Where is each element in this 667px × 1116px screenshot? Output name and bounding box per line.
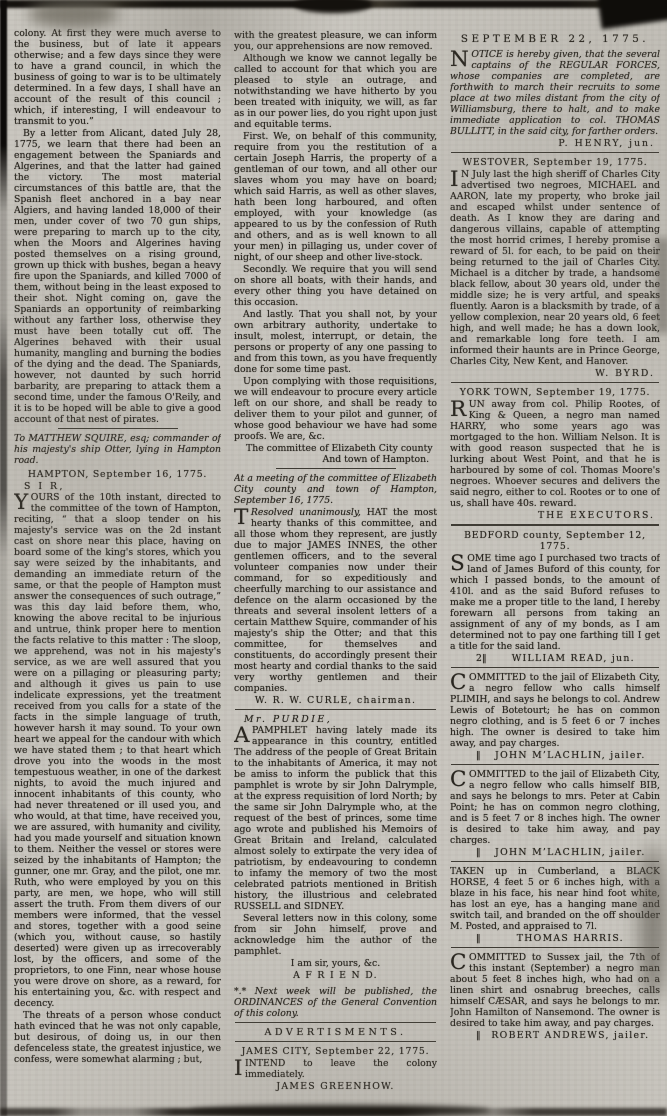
- text-run: SEPTEMBER 22, 1775.: [461, 33, 649, 45]
- text-run: OMMITTED to Sussex jail, the 7th of this…: [450, 952, 660, 1029]
- closing-line: I am sir, yours, &c.: [234, 958, 437, 969]
- signature: ‖JOHN M’LACHLIN, jailer.: [450, 750, 660, 761]
- separator-rule: [276, 468, 396, 469]
- separator-rule: [451, 947, 659, 948]
- article-paragraph: colony. At first they were much averse t…: [14, 28, 221, 127]
- article-paragraph: NOTICE is hereby given, that the several…: [450, 49, 660, 137]
- article-heading: At a meeting of the committee of Elizabe…: [234, 473, 437, 506]
- text-run: OMMITTED to the jail of Elizabeth City, …: [450, 769, 660, 846]
- text-run: At a meeting of the committee of Elizabe…: [234, 473, 437, 506]
- text-run: HAMPTON, September 16, 1775.: [28, 469, 207, 480]
- dateline: WESTOVER, September 19, 1775.: [450, 157, 660, 168]
- text-run: BEDFORD county, September 12, 1775.: [464, 530, 646, 552]
- text-run: Several letters now in this colony, some…: [234, 913, 437, 957]
- article-paragraph: Upon complying with those requisitions, …: [234, 376, 437, 442]
- text-run: JAMES GREENHOW.: [276, 1081, 394, 1092]
- drop-cap: S: [450, 555, 465, 572]
- article-paragraph: SOME time ago I purchased two tracts of …: [450, 553, 660, 652]
- text-run: Secondly. We require that you will send …: [234, 264, 437, 308]
- article-paragraph: RUN away from col. Philip Rootes, of Kin…: [450, 399, 660, 509]
- signature: JAMES GREENHOW.: [234, 1081, 437, 1092]
- separator-rule: [235, 1041, 436, 1042]
- issue-date: SEPTEMBER 22, 1775.: [450, 34, 660, 45]
- text-run: *.* Next week will be published, the ORD…: [234, 986, 437, 1019]
- text-run: Although we know we cannot legally be ca…: [234, 53, 437, 130]
- signature: ‖THOMAS HARRIS.: [450, 933, 660, 944]
- attribution-line-1: The committee of Elizabeth City county: [234, 443, 437, 454]
- text-run: TAKEN up in Cumberland, a BLACK HORSE, 4…: [450, 866, 660, 932]
- drop-cap: R: [450, 401, 466, 418]
- article-paragraph: By a letter from Alicant, dated July 28,…: [14, 128, 221, 425]
- text-run: OURS of the 10th instant, directed to th…: [14, 492, 221, 1009]
- newspaper-column-2: with the greatest pleasure, we can infor…: [234, 26, 437, 1116]
- text-run: W. BYRD.: [595, 368, 655, 379]
- text-run: S I R,: [24, 481, 65, 492]
- text-run: THOMAS HARRIS.: [517, 933, 624, 944]
- separator-rule: [235, 1022, 436, 1023]
- separator-rule: [235, 709, 436, 710]
- text-run: colony. At first they were much averse t…: [14, 28, 221, 127]
- publisher-notice: *.* Next week will be published, the ORD…: [234, 986, 437, 1019]
- signature: ‖JOHN M’LACHLIN, jailer.: [450, 847, 660, 858]
- drop-cap: Y: [14, 494, 28, 511]
- article-paragraph: Several letters now in this colony, some…: [234, 913, 437, 957]
- separator-rule: [451, 152, 659, 153]
- article-paragraph: COMMITTED to Sussex jail, the 7th of thi…: [450, 952, 660, 1029]
- text-run: WESTOVER, September 19, 1775.: [462, 157, 647, 168]
- advertisements-heading: ADVERTISMENTS.: [234, 1027, 437, 1038]
- reference-mark: ‖: [476, 847, 481, 858]
- drop-cap: C: [450, 954, 466, 971]
- text-run: YORK TOWN, September 19, 1775.: [460, 387, 651, 398]
- text-run: PAMPHLET having lately made its appearan…: [234, 725, 437, 912]
- signature: 2‖WILLIAM READ, jun.: [450, 653, 660, 664]
- article-paragraph: COMMITTED to the jail of Elizabeth City,…: [450, 769, 660, 846]
- text-run: P. HENRY, jun.: [558, 138, 655, 149]
- reference-mark: ‖: [476, 1030, 481, 1041]
- text-run: Upon complying with those requisitions, …: [234, 376, 437, 442]
- article-paragraph: with the greatest pleasure, we can infor…: [234, 30, 437, 52]
- salutation: Mr. PURDIE,: [244, 714, 437, 725]
- signature: W. R. W. CURLE, chairman.: [234, 695, 437, 706]
- attribution-line-2: And town of Hampton.: [234, 454, 437, 465]
- article-paragraph: The threats of a person whose conduct ha…: [14, 1010, 221, 1065]
- article-paragraph: Secondly. We require that you will send …: [234, 264, 437, 308]
- newspaper-column-3: SEPTEMBER 22, 1775.NOTICE is hereby give…: [450, 26, 660, 1116]
- text-run: with the greatest pleasure, we can infor…: [234, 30, 437, 52]
- italic-lead: Resolved unanimously,: [251, 507, 367, 518]
- article-paragraph: TResolved unanimously, HAT the most hear…: [234, 507, 437, 694]
- newspaper-column-1: colony. At first they were much averse t…: [14, 26, 221, 1116]
- signature: THE EXECUTORS.: [450, 510, 660, 521]
- article-paragraph: Although we know we cannot legally be ca…: [234, 53, 437, 130]
- text-run: OTICE is hereby given, that the several …: [450, 49, 660, 137]
- text-run: First. We, on behalf of this community, …: [234, 131, 437, 263]
- text-run: The threats of a person whose conduct ha…: [14, 1010, 221, 1065]
- article-paragraph: TAKEN up in Cumberland, a BLACK HORSE, 4…: [450, 866, 660, 932]
- drop-cap: I: [234, 1060, 243, 1077]
- article-paragraph: First. We, on behalf of this community, …: [234, 131, 437, 263]
- page-text-area: colony. At first they were much averse t…: [0, 0, 667, 1116]
- text-run: ROBERT ANDREWS, jailer.: [491, 1030, 649, 1041]
- text-run: N July last the high sheriff of Charles …: [450, 169, 660, 367]
- article-paragraph: IINTEND to leave the colony immediately.: [234, 1058, 437, 1080]
- dateline: JAMES CITY, September 22, 1775.: [234, 1046, 437, 1057]
- drop-cap: N: [450, 51, 469, 68]
- separator-rule: [451, 524, 659, 526]
- separator-rule: [58, 428, 178, 429]
- text-run: Mr. PURDIE,: [244, 714, 332, 725]
- text-run: OME time ago I purchased two tracts of l…: [450, 553, 660, 652]
- drop-cap: A: [234, 727, 250, 744]
- article-paragraph: And lastly. That you shall not, by your …: [234, 309, 437, 375]
- article-paragraph: YOURS of the 10th instant, directed to t…: [14, 492, 221, 1009]
- text-run: And lastly. That you shall not, by your …: [234, 309, 437, 375]
- text-run: ADVERTISMENTS.: [264, 1027, 406, 1038]
- reference-mark: 2‖: [476, 653, 487, 664]
- dateline: HAMPTON, September 16, 1775.: [14, 469, 221, 480]
- text-run: JOHN M’LACHLIN, jailer.: [495, 847, 646, 858]
- separator-rule: [451, 382, 659, 383]
- reference-mark: ‖: [476, 933, 481, 944]
- text-run: INTEND to leave the colony immediately.: [245, 1058, 437, 1080]
- text-run: W. R. W. CURLE, chairman.: [255, 695, 416, 706]
- drop-cap: C: [450, 771, 466, 788]
- article-paragraph: COMMITTED to the jail of Elizabeth City,…: [450, 672, 660, 749]
- drop-cap: I: [450, 171, 459, 188]
- signature: P. HENRY, jun.: [450, 138, 660, 149]
- separator-rule: [451, 861, 659, 862]
- salutation: S I R,: [24, 481, 221, 492]
- text-run: WILLIAM READ, jun.: [512, 653, 635, 664]
- signature: A F R I E N D.: [234, 970, 437, 981]
- text-run: HAT the most hearty thanks of this commi…: [234, 507, 437, 694]
- committee-attribution: The committee of Elizabeth City countyAn…: [234, 443, 437, 465]
- article-paragraph: IN July last the high sheriff of Charles…: [450, 169, 660, 367]
- signature: ‖ROBERT ANDREWS, jailer.: [450, 1030, 660, 1041]
- dateline: YORK TOWN, September 19, 1775.: [450, 387, 660, 398]
- text-run: I am sir, yours, &c.: [291, 958, 380, 969]
- separator-rule: [451, 667, 659, 668]
- dateline: BEDFORD county, September 12, 1775.: [450, 530, 660, 552]
- text-run: JAMES CITY, September 22, 1775.: [242, 1046, 430, 1057]
- text-run: UN away from col. Philip Rootes, of King…: [450, 399, 660, 509]
- text-run: OMMITTED to the jail of Elizabeth City, …: [450, 672, 660, 749]
- drop-cap: C: [450, 674, 466, 691]
- text-run: A F R I E N D.: [293, 970, 378, 981]
- separator-rule: [451, 764, 659, 765]
- signature: W. BYRD.: [450, 368, 660, 379]
- text-run: To MATTHEW SQUIRE, esq; commander of his…: [14, 433, 221, 466]
- text-run: THE EXECUTORS.: [538, 510, 655, 521]
- reference-mark: ‖: [476, 750, 481, 761]
- article-paragraph: APAMPHLET having lately made its appeara…: [234, 725, 437, 912]
- article-heading: To MATTHEW SQUIRE, esq; commander of his…: [14, 433, 221, 466]
- newspaper-page: colony. At first they were much averse t…: [0, 0, 667, 1116]
- text-run: By a letter from Alicant, dated July 28,…: [14, 128, 221, 425]
- drop-cap: T: [234, 509, 248, 526]
- text-run: JOHN M’LACHLIN, jailer.: [495, 750, 646, 761]
